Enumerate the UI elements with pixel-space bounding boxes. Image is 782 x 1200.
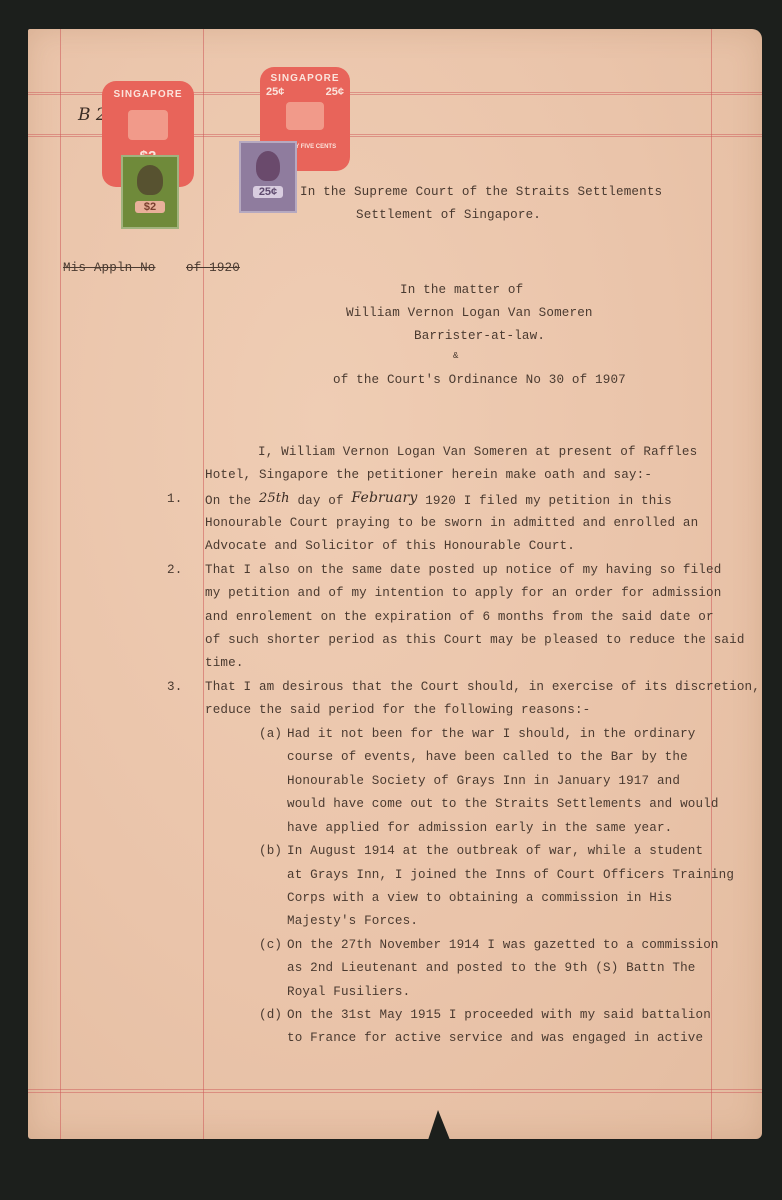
crown-icon bbox=[128, 110, 168, 140]
stamp-country-label: SINGAPORE bbox=[260, 73, 350, 84]
subitem-b-line-1: In August 1914 at the outbreak of war, w… bbox=[287, 845, 703, 858]
paragraph-1-line-3: Advocate and Solicitor of this Honourabl… bbox=[205, 540, 575, 553]
margin-line-left-inner bbox=[203, 29, 204, 1139]
document-page: B 2/20 SINGAPORE $2 TWO DOLLARS $2 SINGA… bbox=[28, 29, 762, 1139]
paragraph-number-3: 3. bbox=[167, 681, 182, 694]
court-header-line-1: In the Supreme Court of the Straits Sett… bbox=[300, 186, 662, 199]
subitem-label-b: (b) bbox=[259, 845, 282, 858]
paragraph-number-1: 1. bbox=[167, 493, 182, 506]
green-postage-stamp: $2 bbox=[121, 155, 179, 229]
paragraph-number-2: 2. bbox=[167, 564, 182, 577]
subitem-d-line-1: On the 31st May 1915 I proceeded with my… bbox=[287, 1009, 711, 1022]
stamp-value-right: 25¢ bbox=[326, 86, 344, 98]
rule-line-bottom bbox=[28, 1089, 762, 1090]
subitem-label-d: (d) bbox=[259, 1009, 282, 1022]
purple-postage-stamp: 25¢ bbox=[239, 141, 297, 213]
subitem-c-line-1: On the 27th November 1914 I was gazetted… bbox=[287, 939, 719, 952]
paragraph-2-line-1: That I also on the same date posted up n… bbox=[205, 564, 721, 577]
subitem-a-line-1: Had it not been for the war I should, in… bbox=[287, 728, 696, 741]
struck-application-year: of 1920 bbox=[186, 262, 240, 275]
king-portrait-icon bbox=[256, 151, 280, 181]
court-header-line-2: Settlement of Singapore. bbox=[356, 209, 541, 222]
torn-notch bbox=[428, 1110, 450, 1140]
struck-application-number: Mis Appln No bbox=[63, 262, 156, 275]
text-fragment: On the bbox=[205, 494, 251, 508]
crown-icon bbox=[286, 102, 324, 130]
margin-line-right bbox=[711, 29, 712, 1139]
stamp-country-label: SINGAPORE bbox=[102, 89, 194, 100]
stamp-value-left: 25¢ bbox=[266, 86, 284, 98]
subitem-a-line-2: course of events, have been called to th… bbox=[287, 751, 688, 764]
subitem-a-line-4: would have come out to the Straits Settl… bbox=[287, 798, 719, 811]
intro-line-2: Hotel, Singapore the petitioner herein m… bbox=[205, 469, 652, 482]
handwritten-day: 25th bbox=[259, 491, 290, 506]
subitem-b-line-4: Majesty's Forces. bbox=[287, 915, 418, 928]
intro-line-1: I, William Vernon Logan Van Someren at p… bbox=[258, 446, 697, 459]
paragraph-3-line-1: That I am desirous that the Court should… bbox=[205, 681, 760, 694]
paragraph-1-line-1: On the 25th day of February 1920 I filed… bbox=[205, 493, 672, 508]
paragraph-2-line-5: time. bbox=[205, 657, 244, 670]
matter-line-3: Barrister-at-law. bbox=[414, 330, 545, 343]
subitem-label-a: (a) bbox=[259, 728, 282, 741]
paragraph-2-line-3: and enrolement on the expiration of 6 mo… bbox=[205, 611, 714, 624]
text-fragment: 1920 I filed my petition in this bbox=[425, 494, 672, 508]
subitem-c-line-3: Royal Fusiliers. bbox=[287, 986, 410, 999]
paragraph-1-line-2: Honourable Court praying to be sworn in … bbox=[205, 517, 698, 530]
king-portrait-icon bbox=[137, 165, 163, 195]
subitem-label-c: (c) bbox=[259, 939, 282, 952]
rule-line-bottom-b bbox=[28, 1092, 762, 1093]
subitem-c-line-2: as 2nd Lieutenant and posted to the 9th … bbox=[287, 962, 696, 975]
subitem-a-line-3: Honourable Society of Grays Inn in Janua… bbox=[287, 775, 680, 788]
handwritten-month: February bbox=[351, 490, 417, 506]
subitem-a-line-5: have applied for admission early in the … bbox=[287, 822, 672, 835]
stamp-value-label: $2 bbox=[135, 201, 165, 213]
matter-line-2: William Vernon Logan Van Someren bbox=[346, 307, 593, 320]
stamp-value-label: 25¢ bbox=[253, 186, 283, 198]
subitem-b-line-2: at Grays Inn, I joined the Inns of Court… bbox=[287, 869, 734, 882]
paragraph-2-line-2: my petition and of my intention to apply… bbox=[205, 587, 721, 600]
margin-line-left-outer bbox=[60, 29, 61, 1139]
subitem-d-line-2: to France for active service and was eng… bbox=[287, 1032, 703, 1045]
paragraph-3-line-2: reduce the said period for the following… bbox=[205, 704, 590, 717]
matter-ampersand: & bbox=[453, 352, 459, 361]
subitem-b-line-3: Corps with a view to obtaining a commiss… bbox=[287, 892, 672, 905]
matter-line-1: In the matter of bbox=[400, 284, 523, 297]
text-fragment: day of bbox=[297, 494, 343, 508]
matter-line-5: of the Court's Ordinance No 30 of 1907 bbox=[333, 374, 626, 387]
paragraph-2-line-4: of such shorter period as this Court may… bbox=[205, 634, 745, 647]
